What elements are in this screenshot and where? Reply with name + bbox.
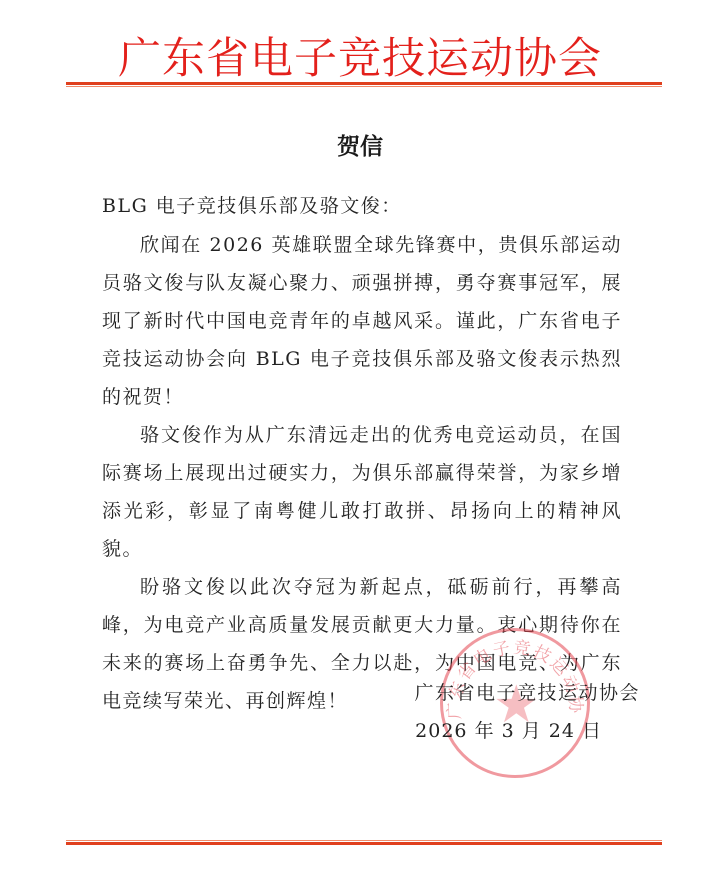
body-paragraph-2: 骆文俊作为从广东清远走出的优秀电竞运动员，在国际赛场上展现出过硬实力，为俱乐部赢… — [102, 416, 622, 568]
signature-date: 2026 年 3 月 24 日 — [0, 712, 602, 750]
letterhead-divider — [66, 82, 662, 88]
footer-divider — [66, 840, 662, 846]
signature-organization: 广东省电子竞技运动协会 — [0, 674, 640, 712]
body-paragraph-1: 欣闻在 2026 英雄联盟全球先锋赛中，贵俱乐部运动员骆文俊与队友凝心聚力、顽强… — [102, 226, 622, 416]
divider-thin-line — [66, 86, 662, 87]
divider-thick-line — [66, 842, 662, 845]
divider-thick-line — [66, 82, 662, 85]
divider-thin-line — [66, 840, 662, 841]
letterhead-organization-name: 广东省电子竞技运动协会 — [0, 34, 720, 84]
document-title: 贺信 — [0, 128, 720, 161]
salutation: BLG 电子竞技俱乐部及骆文俊： — [102, 187, 622, 225]
